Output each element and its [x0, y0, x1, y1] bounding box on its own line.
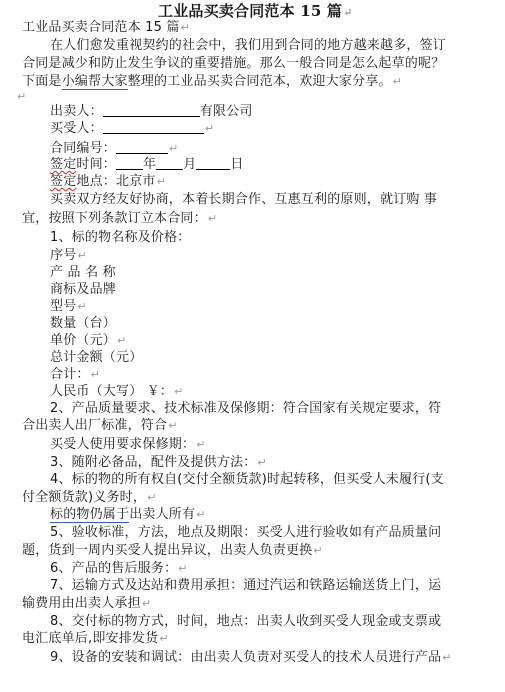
buyer-label: 买受人：	[50, 121, 103, 136]
buyer-field: 买受人：↵	[50, 120, 214, 137]
paragraph-mark-icon: ↵	[343, 6, 352, 19]
clause-text: 合出卖人出厂标准，符合	[22, 418, 167, 433]
header-text: 型号	[50, 299, 76, 314]
clause-text: 电汇底单后,即安排发货	[22, 631, 158, 646]
preamble-line-1: 买卖双方经友好协商，本着长期合作、互惠互利的原则，就订购 事	[50, 192, 437, 208]
total-label: 合计：↵	[50, 367, 100, 383]
paragraph-mark-icon: ↵	[178, 562, 187, 575]
header-text: 单价（元）	[50, 333, 116, 348]
intro-text: 下面是	[22, 74, 62, 89]
title-text: 工业品买卖合同范本 15 篇	[158, 2, 342, 20]
clause-text: 3、随附必备品，配件及提供方法：	[50, 455, 256, 470]
day-label: 日	[230, 157, 243, 172]
clause-text: 9、设备的安装和调试：由出卖人负责对买受人的技术人员进行产品	[50, 650, 441, 665]
paragraph-mark-icon: ↵	[442, 651, 451, 664]
paragraph-mark-icon: ↵	[159, 632, 168, 645]
preamble-text: 宜，按照下列条款订立本合同：	[22, 211, 207, 226]
paragraph-mark-icon: ↵	[17, 90, 26, 103]
clause-6: 6、产品的售后服务：↵	[50, 561, 188, 577]
seller-label: 出卖人：	[50, 104, 103, 119]
preamble-line-2: 宜，按照下列条款订立本合同：↵	[22, 211, 217, 227]
clause-3: 3、随附必备品，配件及提供方法：↵	[50, 455, 267, 471]
table-header-product-name: 产 品 名 称	[50, 265, 116, 281]
clause-2-line-2: 合出卖人出厂标准，符合↵	[22, 418, 178, 434]
seller-field: 出卖人：有限公司	[50, 103, 253, 120]
clause-4-line-1: 4、标的物的所有权自(交付全额货款)时起转移，但买受人未履行(支	[50, 472, 444, 488]
table-header-total-amount: 总计金额（元）	[50, 350, 142, 366]
intro-text: 整理的工业品买卖合同范本，欢迎大家分享。	[128, 74, 392, 89]
seller-blank[interactable]	[103, 103, 200, 117]
paragraph-mark-icon: ↵	[169, 142, 178, 155]
intro-line-1: 在人们愈发重视契约的社会中，我们用到合同的地方越来越多，签订	[50, 38, 446, 54]
paragraph-mark-icon: ↵	[181, 21, 190, 34]
paragraph-mark-icon: ↵	[168, 419, 177, 432]
sign-place-field: 签定地点：北京市↵	[50, 174, 166, 190]
header-text: 序号	[50, 248, 76, 263]
paragraph-mark-icon: ↵	[257, 456, 266, 469]
year-label: 年	[143, 157, 156, 172]
sign-place-value: 北京市	[116, 174, 156, 189]
intro-line-2: 合同是减少和防止发生争议的重要措施。那么一般合同是怎么起草的呢？	[22, 56, 444, 72]
clause-text: 付全额货款)义务时，	[22, 490, 146, 505]
table-header-serial: 序号↵	[50, 248, 87, 264]
paragraph-mark-icon: ↵	[91, 368, 100, 381]
paragraph-mark-icon: ↵	[147, 491, 156, 504]
total-text: 合计：	[50, 367, 90, 382]
contract-number-blank[interactable]	[116, 140, 168, 154]
document-title: 工业品买卖合同范本 15 篇↵	[158, 2, 353, 22]
clause-text: 题，货到一周内买受人提出异议，出卖人负责更换	[22, 543, 312, 558]
table-header-model: 型号↵	[50, 299, 87, 315]
table-header-quantity: 数量（台）	[50, 316, 116, 332]
contract-number-label: 合同编号：	[50, 141, 116, 156]
sign-place-label: 地点：	[76, 174, 116, 189]
paragraph-mark-icon: ↵	[117, 334, 126, 347]
document-subtitle: 工业品买卖合同范本 15 篇↵	[22, 20, 190, 36]
warranty-line: 买受人使用要求保修期：↵	[50, 437, 206, 453]
clause-text: 输费用由出卖人承担	[22, 596, 141, 611]
day-blank[interactable]	[196, 156, 230, 170]
month-label: 月	[183, 157, 196, 172]
paragraph-mark-icon: ↵	[174, 385, 183, 398]
warranty-text: 买受人使用要求保修期：	[50, 437, 195, 452]
subtitle-text: 工业品买卖合同范本 15 篇	[22, 20, 180, 35]
clause-text: 出卖人所有	[129, 507, 195, 522]
buyer-blank[interactable]	[103, 120, 204, 134]
clause-8-line-2: 电汇底单后,即安排发货↵	[22, 631, 169, 647]
paragraph-mark-icon: ↵	[196, 508, 205, 521]
paragraph-mark-icon: ↵	[77, 300, 86, 313]
year-blank[interactable]	[116, 156, 143, 170]
rmb-label: 人民币（大写） ￥：↵	[50, 384, 184, 400]
month-blank[interactable]	[156, 156, 183, 170]
rmb-text: 人民币（大写） ￥：	[50, 384, 173, 399]
seller-suffix: 有限公司	[200, 104, 253, 119]
grammar-flagged-text[interactable]: 标的物仍属于	[50, 507, 129, 523]
clause-1: 1、标的物名称及价格：	[50, 230, 190, 246]
paragraph-mark-icon: ↵	[196, 438, 205, 451]
clause-7-line-2: 输费用由出卖人承担↵	[22, 596, 151, 612]
contract-number-field: 合同编号：↵	[50, 140, 178, 157]
spell-flagged-text: 签定	[50, 157, 76, 172]
clause-4-line-3: 标的物仍属于出卖人所有↵	[50, 507, 206, 523]
table-header-brand: 商标及品牌	[50, 282, 116, 298]
paragraph-mark-icon: ↵	[77, 249, 86, 262]
clause-2-line-1: 2、产品质量要求、技术标准及保修期：符合国家有关规定要求，符	[50, 401, 441, 417]
clause-8-line-1: 8、交付标的物方式，时间，地点：出卖人收到买受人现金或支票或	[50, 614, 441, 630]
paragraph-mark-icon: ↵	[393, 75, 402, 88]
spell-flagged-text: 签定	[50, 174, 76, 189]
paragraph-mark-icon: ↵	[142, 597, 151, 610]
clause-5-line-1: 5、验收标准，方法，地点及期限：买受人进行验收如有产品质量问	[50, 525, 441, 541]
clause-5-line-2: 题，货到一周内买受人提出异议，出卖人负责更换↵	[22, 543, 323, 559]
empty-paragraph: ↵	[16, 89, 26, 105]
paragraph-mark-icon: ↵	[313, 544, 322, 557]
paragraph-mark-icon: ↵	[205, 122, 214, 135]
clause-4-line-2: 付全额货款)义务时，↵	[22, 490, 157, 506]
clause-text: 6、产品的售后服务：	[50, 561, 177, 576]
paragraph-mark-icon: ↵	[157, 175, 166, 188]
clause-9: 9、设备的安装和调试：由出卖人负责对买受人的技术人员进行产品↵	[50, 650, 452, 666]
table-header-unit-price: 单价（元）↵	[50, 333, 126, 349]
intro-link[interactable]: 小编帮大家	[62, 74, 128, 90]
paragraph-mark-icon: ↵	[208, 212, 217, 225]
clause-7-line-1: 7、运输方式及达站和费用承担：通过汽运和铁路运输送货上门，运	[50, 578, 441, 594]
intro-line-3: 下面是小编帮大家整理的工业品买卖合同范本，欢迎大家分享。↵	[22, 74, 402, 90]
sign-time-field: 签定时间：年月日	[50, 156, 244, 173]
sign-time-label: 时间：	[76, 157, 116, 172]
